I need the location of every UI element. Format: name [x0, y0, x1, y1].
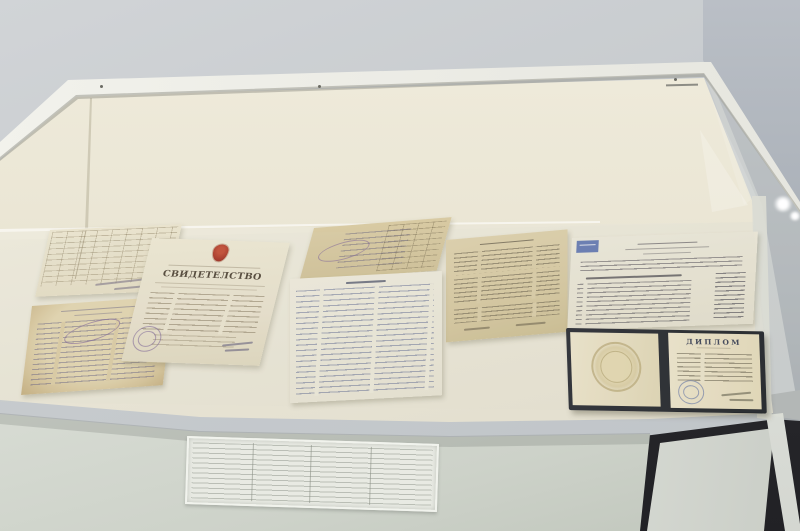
rail-screw [318, 85, 321, 88]
photo-museum-display-case: СВИДЕТЕЛСТВО [0, 0, 800, 531]
rail-screw [674, 78, 677, 81]
grille-slats [191, 442, 433, 506]
rail-screw [100, 85, 103, 88]
vent-grille [185, 436, 439, 512]
glass-glint [773, 196, 793, 212]
glass-glint [789, 211, 800, 221]
